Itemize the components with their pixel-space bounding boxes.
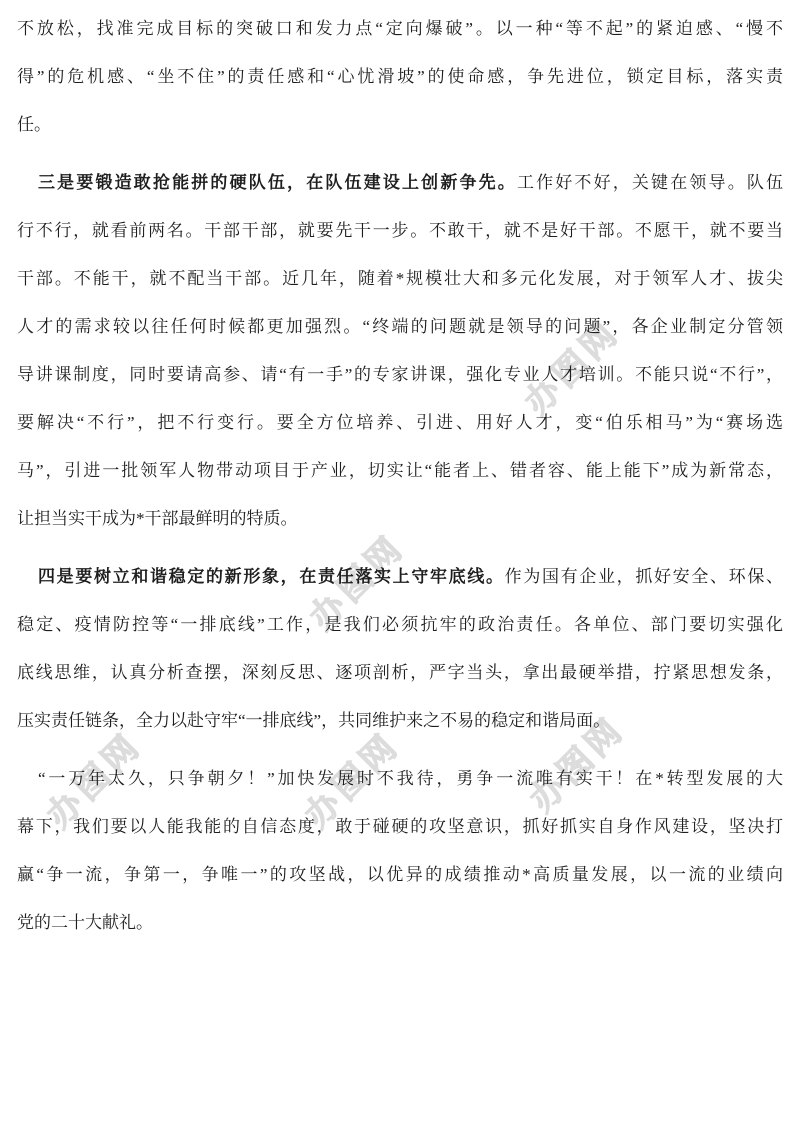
text-segment: 幕下，我们要以人能我能的自信态度，敢于碰硬的攻坚意识，抓好抓实自身作风建设，坚决…: [17, 817, 783, 836]
text-line: 不放松，找准完成目标的突破口和发力点“定向爆破”。以一种“等不起”的紧迫感、“慢…: [17, 5, 783, 53]
text-segment: 干部。不能干，就不配当干部。近几年，随着*规模壮大和多元化发展，对于领军人才、拔…: [17, 269, 783, 288]
text-segment: 导讲课制度，同时要请高参、请“有一手”的专家讲课，强化专业人才培训。不能只说“不…: [17, 365, 783, 384]
text-line: 底线思维，认真分析查摆，深刻反思、逐项剖析，严字当头，拿出最硬举措，拧紧思想发条…: [17, 649, 783, 697]
text-segment: 行不行，就看前两名。干部干部，就要先干一步。不敢干，就不是好干部。不愿干，就不要…: [17, 221, 783, 240]
text-segment: 压实责任链条，全力以赴守牢“一排底线”，共同维护来之不易的稳定和谐局面。: [17, 711, 610, 730]
text-line: “一万年太久，只争朝夕！”加快发展时不我待，勇争一流唯有实干！在*转型发展的大: [17, 755, 783, 803]
text-line: 得”的危机感、“坐不住”的责任感和“心忧滑坡”的使命感，争先进位，锁定目标，落实…: [17, 53, 783, 101]
document-page: 办图网办图网办图网办图网办图网 不放松，找准完成目标的突破口和发力点“定向爆破”…: [0, 0, 800, 1130]
document-body: 不放松，找准完成目标的突破口和发力点“定向爆破”。以一种“等不起”的紧迫感、“慢…: [0, 0, 800, 947]
text-line: 行不行，就看前两名。干部干部，就要先干一步。不敢干，就不是好干部。不愿干，就不要…: [17, 207, 783, 255]
paragraph: 不放松，找准完成目标的突破口和发力点“定向爆破”。以一种“等不起”的紧迫感、“慢…: [17, 5, 783, 149]
text-segment: 马”，引进一批领军人物带动项目于产业，切实让“能者上、错者容、能上能下”成为新常…: [17, 461, 783, 480]
text-segment: 不放松，找准完成目标的突破口和发力点“定向爆破”。以一种“等不起”的紧迫感、“慢…: [17, 19, 783, 38]
paragraph: 三是要锻造敢抢能拼的硬队伍，在队伍建设上创新争先。工作好不好，关键在领导。队伍行…: [17, 159, 783, 543]
text-segment: “一万年太久，只争朝夕！”加快发展时不我待，勇争一流唯有实干！在*转型发展的大: [38, 769, 783, 788]
text-segment: 稳定、疫情防控等“一排底线”工作，是我们必须抗牢的政治责任。各单位、部门要切实强…: [17, 615, 783, 634]
text-line: 三是要锻造敢抢能拼的硬队伍，在队伍建设上创新争先。工作好不好，关键在领导。队伍: [17, 159, 783, 207]
text-segment: 得”的危机感、“坐不住”的责任感和“心忧滑坡”的使命感，争先进位，锁定目标，落实…: [17, 67, 783, 86]
text-segment: 人才的需求较以往任何时候都更加强烈。“终端的问题就是领导的问题”，各企业制定分管…: [17, 317, 783, 336]
text-line: 导讲课制度，同时要请高参、请“有一手”的专家讲课，强化专业人才培训。不能只说“不…: [17, 351, 783, 399]
paragraph: 四是要树立和谐稳定的新形象，在责任落实上守牢底线。作为国有企业，抓好安全、环保、…: [17, 553, 783, 745]
text-line: 党的二十大献礼。: [17, 899, 783, 947]
text-line: 压实责任链条，全力以赴守牢“一排底线”，共同维护来之不易的稳定和谐局面。: [17, 697, 783, 745]
text-line: 四是要树立和谐稳定的新形象，在责任落实上守牢底线。作为国有企业，抓好安全、环保、: [17, 553, 783, 601]
text-segment: 任。: [17, 115, 51, 134]
text-line: 稳定、疫情防控等“一排底线”工作，是我们必须抗牢的政治责任。各单位、部门要切实强…: [17, 601, 783, 649]
bold-lead: 三是要锻造敢抢能拼的硬队伍，在队伍建设上创新争先。: [38, 173, 517, 192]
text-line: 任。: [17, 101, 783, 149]
text-segment: 底线思维，认真分析查摆，深刻反思、逐项剖析，严字当头，拿出最硬举措，拧紧思想发条…: [17, 663, 783, 682]
text-segment: 让担当实干成为*干部最鲜明的特质。: [17, 509, 298, 528]
text-segment: 要解决“不行”，把不行变行。要全方位培养、引进、用好人才，变“伯乐相马”为“赛场…: [17, 413, 783, 432]
text-line: 要解决“不行”，把不行变行。要全方位培养、引进、用好人才，变“伯乐相马”为“赛场…: [17, 399, 783, 447]
paragraph: “一万年太久，只争朝夕！”加快发展时不我待，勇争一流唯有实干！在*转型发展的大幕…: [17, 755, 783, 947]
text-line: 干部。不能干，就不配当干部。近几年，随着*规模壮大和多元化发展，对于领军人才、拔…: [17, 255, 783, 303]
text-line: 让担当实干成为*干部最鲜明的特质。: [17, 495, 783, 543]
text-segment: 党的二十大献礼。: [17, 913, 153, 932]
text-line: 赢“争一流，争第一，争唯一”的攻坚战，以优异的成绩推动*高质量发展，以一流的业绩…: [17, 851, 783, 899]
text-segment: 作为国有企业，抓好安全、环保、: [505, 567, 783, 586]
text-segment: 工作好不好，关键在领导。队伍: [517, 173, 783, 192]
text-line: 马”，引进一批领军人物带动项目于产业，切实让“能者上、错者容、能上能下”成为新常…: [17, 447, 783, 495]
text-line: 幕下，我们要以人能我能的自信态度，敢于碰硬的攻坚意识，抓好抓实自身作风建设，坚决…: [17, 803, 783, 851]
bold-lead: 四是要树立和谐稳定的新形象，在责任落实上守牢底线。: [38, 567, 505, 586]
text-segment: 赢“争一流，争第一，争唯一”的攻坚战，以优异的成绩推动*高质量发展，以一流的业绩…: [17, 865, 783, 884]
text-line: 人才的需求较以往任何时候都更加强烈。“终端的问题就是领导的问题”，各企业制定分管…: [17, 303, 783, 351]
